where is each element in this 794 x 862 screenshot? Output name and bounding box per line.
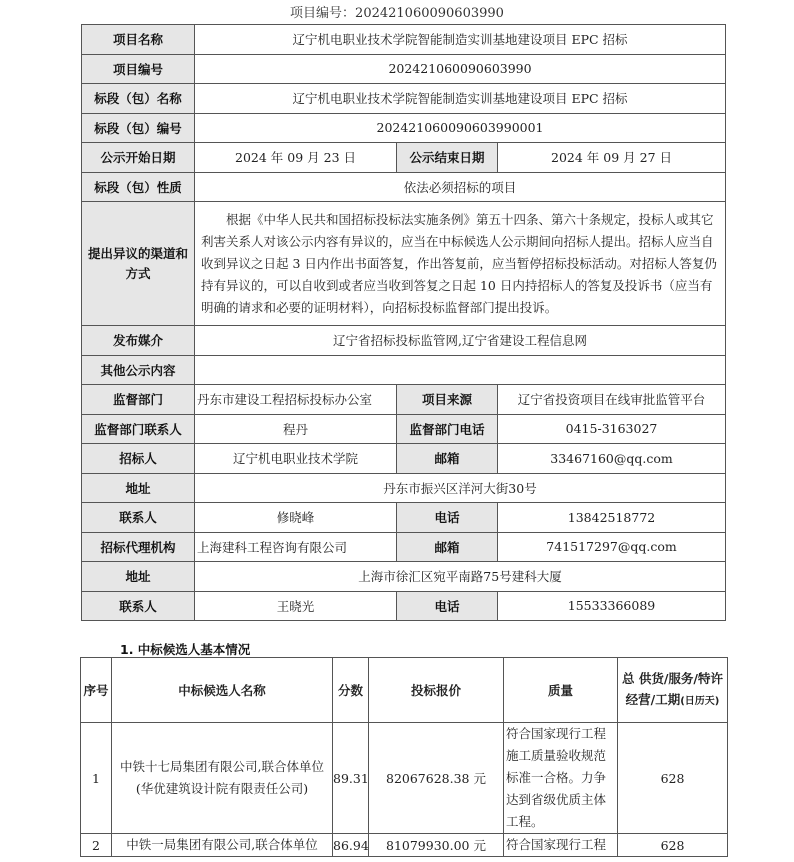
label: 邮箱 bbox=[397, 532, 498, 562]
header-period: 总 供货/服务/特许经营/工期(日历天) bbox=[618, 658, 728, 723]
value bbox=[195, 355, 726, 385]
label: 招标人 bbox=[82, 444, 195, 474]
cell-name: 中铁十七局集团有限公司,联合体单位(华优建筑设计院有限责任公司) bbox=[112, 723, 333, 834]
label: 电话 bbox=[397, 503, 498, 533]
label: 公示开始日期 bbox=[82, 143, 195, 173]
value: 13842518772 bbox=[498, 503, 726, 533]
label: 监督部门 bbox=[82, 385, 195, 415]
label: 联系人 bbox=[82, 503, 195, 533]
value: 丹东市振兴区洋河大街30号 bbox=[195, 473, 726, 503]
row-tenderer-contact: 联系人 修晓峰 电话 13842518772 bbox=[82, 503, 726, 533]
row-media: 发布媒介 辽宁省招标投标监管网,辽宁省建设工程信息网 bbox=[82, 326, 726, 356]
cell-no: 1 bbox=[81, 723, 112, 834]
row-supervisor-contact: 监督部门联系人 程丹 监督部门电话 0415-3163027 bbox=[82, 414, 726, 444]
value: 741517297@qq.com bbox=[498, 532, 726, 562]
value: 根据《中华人民共和国招标投标法实施条例》第五十四条、第六十条规定，投标人或其它利… bbox=[195, 202, 726, 326]
value: 辽宁机电职业技术学院 bbox=[195, 444, 397, 474]
label: 监督部门电话 bbox=[397, 414, 498, 444]
label: 其他公示内容 bbox=[82, 355, 195, 385]
table-row: 2 中铁一局集团有限公司,联合体单位 86.94 81079930.00 元 符… bbox=[81, 834, 728, 857]
value: 辽宁省投资项目在线审批监管平台 bbox=[498, 385, 726, 415]
row-agency-address: 地址 上海市徐汇区宛平南路75号建科大厦 bbox=[82, 562, 726, 592]
cell-quality: 符合国家现行工程 bbox=[504, 834, 618, 857]
label: 发布媒介 bbox=[82, 326, 195, 356]
row-agency-contact: 联系人 王晓光 电话 15533366089 bbox=[82, 591, 726, 621]
cell-price: 82067628.38 元 bbox=[369, 723, 504, 834]
project-number-line: 项目编号：202421060090603990 bbox=[0, 2, 794, 21]
label: 监督部门联系人 bbox=[82, 414, 195, 444]
value: 202421060090603990001 bbox=[195, 113, 726, 143]
value: 丹东市建设工程招标投标办公室 bbox=[195, 385, 397, 415]
candidates-table: 序号 中标候选人名称 分数 投标报价 质量 总 供货/服务/特许经营/工期(日历… bbox=[80, 657, 728, 857]
label: 标段（包）编号 bbox=[82, 113, 195, 143]
header-name: 中标候选人名称 bbox=[112, 658, 333, 723]
value: 辽宁省招标投标监管网,辽宁省建设工程信息网 bbox=[195, 326, 726, 356]
value: 202421060090603990 bbox=[195, 54, 726, 84]
value: 2024 年 09 月 27 日 bbox=[498, 143, 726, 173]
section-title: 1. 中标候选人基本情况 bbox=[120, 640, 250, 658]
cell-price: 81079930.00 元 bbox=[369, 834, 504, 857]
label: 项目编号 bbox=[82, 54, 195, 84]
value: 33467160@qq.com bbox=[498, 444, 726, 474]
label: 招标代理机构 bbox=[82, 532, 195, 562]
table-row: 1 中铁十七局集团有限公司,联合体单位(华优建筑设计院有限责任公司) 89.31… bbox=[81, 723, 728, 834]
value: 2024 年 09 月 23 日 bbox=[195, 143, 397, 173]
value: 上海市徐汇区宛平南路75号建科大厦 bbox=[195, 562, 726, 592]
label: 项目名称 bbox=[82, 25, 195, 55]
header-row: 序号 中标候选人名称 分数 投标报价 质量 总 供货/服务/特许经营/工期(日历… bbox=[81, 658, 728, 723]
label: 邮箱 bbox=[397, 444, 498, 474]
cell-name: 中铁一局集团有限公司,联合体单位 bbox=[112, 834, 333, 857]
label: 地址 bbox=[82, 473, 195, 503]
cell-quality: 符合国家现行工程施工质量验收规范标准一合格。力争达到省级优质主体工程。 bbox=[504, 723, 618, 834]
row-notice-dates: 公示开始日期 2024 年 09 月 23 日 公示结束日期 2024 年 09… bbox=[82, 143, 726, 173]
value: 依法必须招标的项目 bbox=[195, 172, 726, 202]
cell-period: 628 bbox=[618, 834, 728, 857]
value: 修晓峰 bbox=[195, 503, 397, 533]
cell-score: 86.94 bbox=[333, 834, 369, 857]
header-score: 分数 bbox=[333, 658, 369, 723]
cell-no: 2 bbox=[81, 834, 112, 857]
label: 联系人 bbox=[82, 591, 195, 621]
value: 上海建科工程咨询有限公司 bbox=[195, 532, 397, 562]
row-project-name: 项目名称 辽宁机电职业技术学院智能制造实训基地建设项目 EPC 招标 bbox=[82, 25, 726, 55]
row-project-no: 项目编号 202421060090603990 bbox=[82, 54, 726, 84]
value: 辽宁机电职业技术学院智能制造实训基地建设项目 EPC 招标 bbox=[195, 25, 726, 55]
row-section-name: 标段（包）名称 辽宁机电职业技术学院智能制造实训基地建设项目 EPC 招标 bbox=[82, 84, 726, 114]
row-agency: 招标代理机构 上海建科工程咨询有限公司 邮箱 741517297@qq.com bbox=[82, 532, 726, 562]
row-other: 其他公示内容 bbox=[82, 355, 726, 385]
value: 辽宁机电职业技术学院智能制造实训基地建设项目 EPC 招标 bbox=[195, 84, 726, 114]
value: 0415-3163027 bbox=[498, 414, 726, 444]
project-info-table: 项目名称 辽宁机电职业技术学院智能制造实训基地建设项目 EPC 招标 项目编号 … bbox=[81, 24, 726, 621]
label: 电话 bbox=[397, 591, 498, 621]
cell-period: 628 bbox=[618, 723, 728, 834]
row-objection: 提出异议的渠道和方式 根据《中华人民共和国招标投标法实施条例》第五十四条、第六十… bbox=[82, 202, 726, 326]
label: 提出异议的渠道和方式 bbox=[82, 202, 195, 326]
label: 标段（包）名称 bbox=[82, 84, 195, 114]
label: 公示结束日期 bbox=[397, 143, 498, 173]
header-no: 序号 bbox=[81, 658, 112, 723]
label: 项目来源 bbox=[397, 385, 498, 415]
row-tenderer-address: 地址 丹东市振兴区洋河大街30号 bbox=[82, 473, 726, 503]
label: 标段（包）性质 bbox=[82, 172, 195, 202]
row-tenderer: 招标人 辽宁机电职业技术学院 邮箱 33467160@qq.com bbox=[82, 444, 726, 474]
value: 王晓光 bbox=[195, 591, 397, 621]
value: 程丹 bbox=[195, 414, 397, 444]
value: 15533366089 bbox=[498, 591, 726, 621]
row-section-no: 标段（包）编号 202421060090603990001 bbox=[82, 113, 726, 143]
label: 地址 bbox=[82, 562, 195, 592]
header-quality: 质量 bbox=[504, 658, 618, 723]
header-period-unit: (日历天) bbox=[680, 696, 719, 707]
row-section-nature: 标段（包）性质 依法必须招标的项目 bbox=[82, 172, 726, 202]
header-price: 投标报价 bbox=[369, 658, 504, 723]
row-supervisor: 监督部门 丹东市建设工程招标投标办公室 项目来源 辽宁省投资项目在线审批监管平台 bbox=[82, 385, 726, 415]
cell-score: 89.31 bbox=[333, 723, 369, 834]
